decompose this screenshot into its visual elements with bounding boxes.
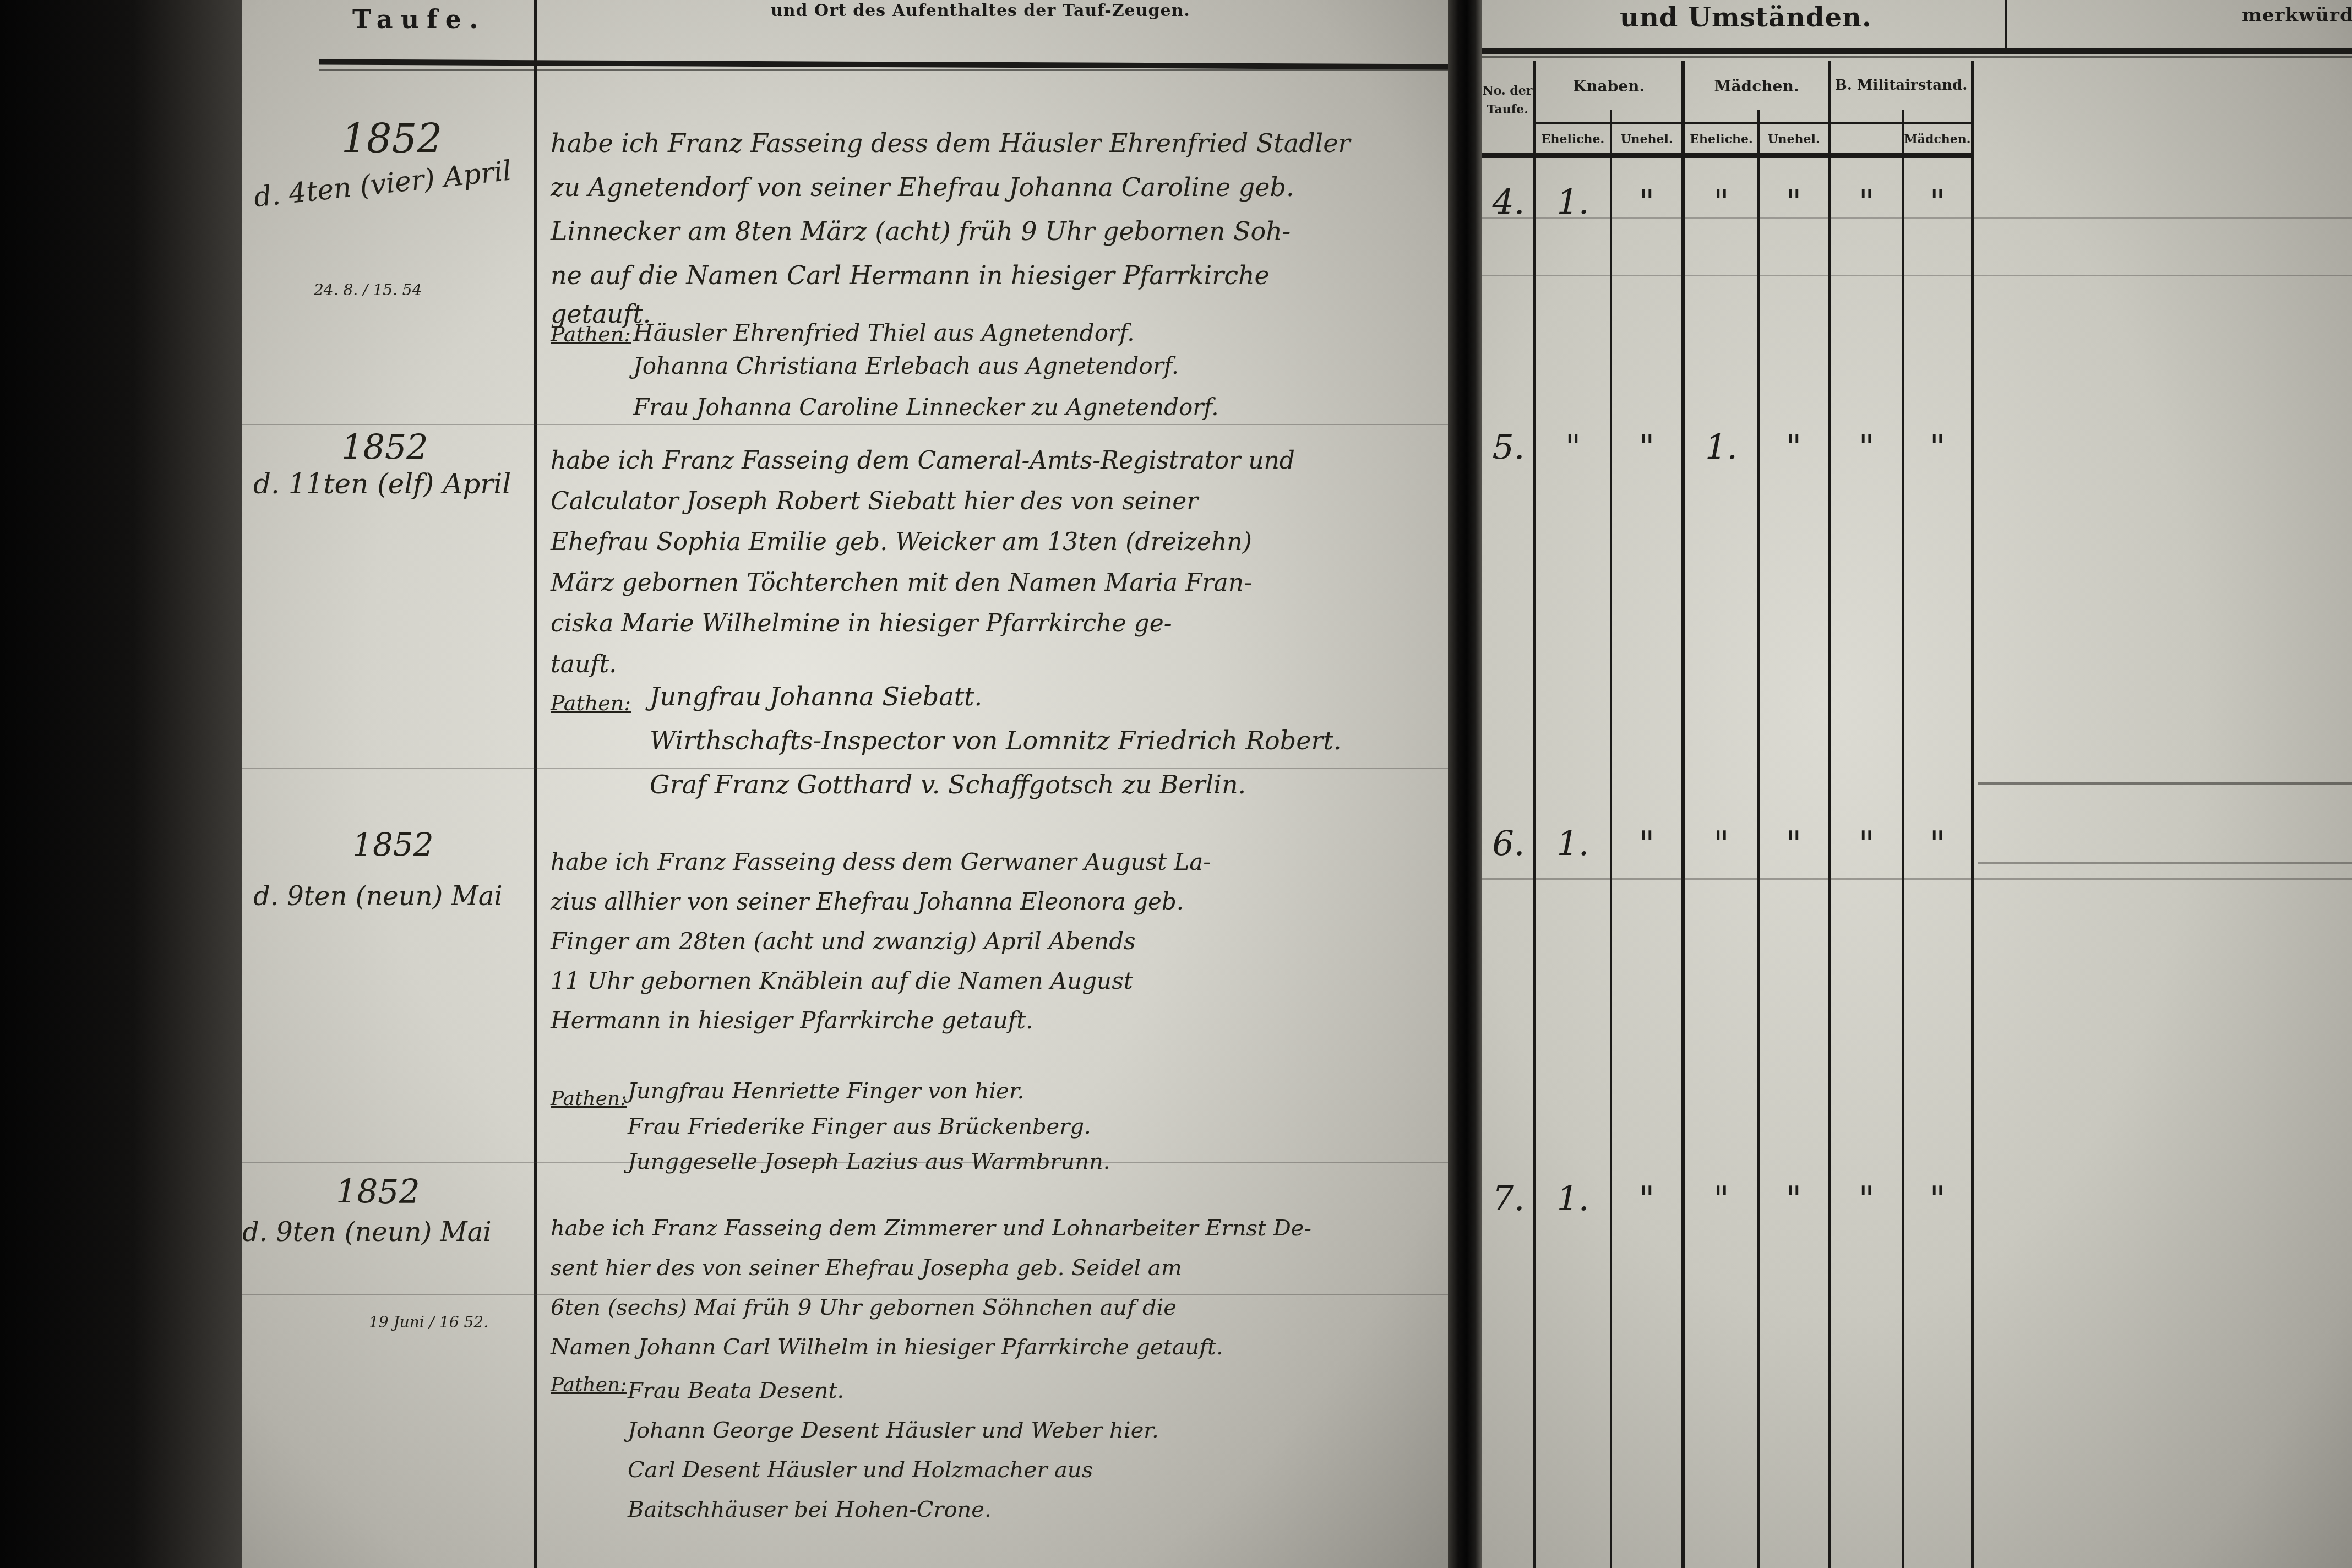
- subheader-rule: [1536, 122, 1971, 124]
- sponsor: Häusler Ehrenfried Thiel aus Agnetendorf…: [633, 317, 1219, 350]
- table-col-line: [1828, 61, 1831, 1568]
- sponsor: Wirthschafts-Inspector von Lomnitz Fried…: [650, 718, 1342, 763]
- header-taufe: Taufe.: [352, 4, 486, 34]
- sponsor: Junggeselle Joseph Lazius aus Warmbrunn.: [628, 1144, 1110, 1179]
- record-line: Hermann in hiesiger Pfarrkirche getauft.: [551, 1001, 1211, 1041]
- col-group-militair: B. Militairstand.: [1831, 77, 1971, 94]
- record-line: 11 Uhr gebornen Knäblein auf die Namen A…: [551, 961, 1211, 1001]
- cell-maedchen-ehel: ": [1685, 823, 1757, 863]
- header-double-rule: [319, 59, 1448, 70]
- margin-note: 19 Juni / 16 52.: [369, 1313, 488, 1331]
- record-line: habe ich Franz Fasseing dem Zimmerer und…: [551, 1208, 1311, 1248]
- cell-mil-knaben: ": [1831, 1178, 1902, 1218]
- cell-knaben-unehel: ": [1612, 1178, 1681, 1218]
- record-line: Linnecker am 8ten März (acht) früh 9 Uhr…: [551, 209, 1351, 253]
- header-divider: [2005, 0, 2007, 50]
- cell-mil-knaben: ": [1831, 427, 1902, 467]
- ruled-stroke: [1482, 217, 2352, 219]
- cell-knaben-ehel: ": [1536, 427, 1610, 467]
- record-line: ciska Marie Wilhelmine in hiesiger Pfarr…: [551, 603, 1295, 644]
- subcol-mil-maedchen: Mädchen.: [1904, 132, 1971, 146]
- row-no: 7.: [1487, 1178, 1531, 1218]
- entry-date: d. 4ten (vier) April: [252, 155, 513, 214]
- cell-mil-knaben: ": [1831, 182, 1902, 222]
- record-line: habe ich Franz Fasseing dess dem Häusler…: [551, 121, 1351, 165]
- sponsor-list: Frau Beata Desent. Johann George Desent …: [628, 1371, 1159, 1529]
- sponsor: Graf Franz Gotthard v. Schaffgotsch zu B…: [650, 763, 1342, 807]
- cell-maedchen-unehel: ": [1760, 427, 1828, 467]
- cell-maedchen-unehel: ": [1760, 823, 1828, 863]
- cell-maedchen-ehel: ": [1685, 1178, 1757, 1218]
- entry-record: habe ich Franz Fasseing dess dem Gerwane…: [551, 842, 1211, 1041]
- sponsors-label: Pathen:: [551, 322, 631, 346]
- header-far-right: merkwürdig.: [2242, 4, 2352, 26]
- sponsor: Carl Desent Häusler und Holzmacher aus: [628, 1450, 1159, 1490]
- cell-knaben-ehel: 1.: [1536, 182, 1610, 222]
- entry-date: d. 9ten (neun) Mai: [242, 1217, 492, 1248]
- record-line: März gebornen Töchterchen mit den Namen …: [551, 563, 1295, 603]
- cell-knaben-unehel: ": [1612, 182, 1681, 222]
- right-page: und Umständen. merkwürdig. No. der Taufe…: [1482, 0, 2352, 1568]
- ruled-stroke: [1482, 878, 2352, 880]
- book-spine: [1448, 0, 1482, 1568]
- entry-year: 1852: [341, 116, 442, 162]
- col-group-maedchen: Mädchen.: [1685, 77, 1828, 95]
- sponsor: Jungfrau Henriette Finger von hier.: [628, 1074, 1110, 1109]
- margin-note: 24. 8. / 15. 54: [314, 281, 422, 299]
- entry-record: habe ich Franz Fasseing dem Zimmerer und…: [551, 1208, 1311, 1367]
- record-line: Finger am 28ten (acht und zwanzig) April…: [551, 922, 1211, 961]
- subcol-eheliche: Eheliche.: [1685, 132, 1757, 146]
- cell-knaben-unehel: ": [1612, 823, 1681, 863]
- cell-mil-knaben: ": [1831, 823, 1902, 863]
- column-divider: [534, 0, 537, 1568]
- record-line: Ehefrau Sophia Emilie geb. Weicker am 13…: [551, 522, 1295, 563]
- subcol-eheliche: Eheliche.: [1536, 132, 1610, 146]
- entry-record: habe ich Franz Fasseing dem Cameral-Amts…: [551, 440, 1295, 685]
- left-page: Taufe. und Ort des Aufenthaltes der Tauf…: [242, 0, 1448, 1568]
- entry-date: d. 11ten (elf) April: [253, 468, 511, 500]
- header-rule-thin: [319, 69, 1448, 71]
- header-parents-column: und Ort des Aufenthaltes der Tauf-Zeugen…: [771, 1, 1190, 20]
- record-line: zu Agnetendorf von seiner Ehefrau Johann…: [551, 165, 1351, 209]
- table-col-line: [1681, 61, 1685, 1568]
- row-no: 4.: [1487, 182, 1531, 222]
- ruled-stroke: [1978, 782, 2352, 785]
- record-line: 6ten (sechs) Mai früh 9 Uhr gebornen Söh…: [551, 1288, 1311, 1327]
- cell-mil-maedchen: ": [1904, 1178, 1971, 1218]
- entry-year: 1852: [336, 1173, 420, 1211]
- record-line: Namen Johann Carl Wilhelm in hiesiger Pf…: [551, 1327, 1311, 1367]
- subcol-unehel: Unehel.: [1612, 132, 1681, 146]
- sponsor: Jungfrau Johanna Siebatt.: [650, 674, 1342, 718]
- ruled-stroke: [1482, 275, 2352, 276]
- cell-knaben-ehel: 1.: [1536, 823, 1610, 863]
- sponsor: Frau Johanna Caroline Linnecker zu Agnet…: [633, 383, 1219, 432]
- sponsors-label: Pathen:: [551, 1087, 627, 1110]
- table-col-line: [1971, 61, 1974, 1568]
- row-no: 6.: [1487, 823, 1531, 863]
- sponsor-list: Jungfrau Johanna Siebatt. Wirthschafts-I…: [650, 674, 1342, 807]
- sponsor-list: Jungfrau Henriette Finger von hier. Frau…: [628, 1074, 1110, 1179]
- entry-record: habe ich Franz Fasseing dess dem Häusler…: [551, 121, 1351, 330]
- record-line: zius allhier von seiner Ehefrau Johanna …: [551, 882, 1211, 922]
- cell-mil-maedchen: ": [1904, 182, 1971, 222]
- entry-year: 1852: [352, 826, 434, 863]
- cell-mil-maedchen: ": [1904, 427, 1971, 467]
- cell-maedchen-ehel: ": [1685, 182, 1757, 222]
- entry-date: d. 9ten (neun) Mai: [253, 881, 503, 912]
- sponsor: Frau Beata Desent.: [628, 1371, 1159, 1411]
- record-line: habe ich Franz Fasseing dem Cameral-Amts…: [551, 440, 1295, 481]
- sponsor: Frau Friederike Finger aus Brückenberg.: [628, 1109, 1110, 1144]
- entry-year: 1852: [341, 427, 428, 467]
- header-rule: [1482, 48, 2352, 54]
- cell-maedchen-unehel: ": [1760, 182, 1828, 222]
- table-header-bottom-rule: [1482, 153, 1974, 158]
- book-edge-left: [0, 0, 242, 1568]
- sponsors-label: Pathen:: [551, 1374, 627, 1396]
- row-no: 5.: [1487, 427, 1531, 467]
- cell-maedchen-unehel: ": [1760, 1178, 1828, 1218]
- cell-knaben-ehel: 1.: [1536, 1178, 1610, 1218]
- cell-mil-maedchen: ": [1904, 823, 1971, 863]
- header-rule-thin: [1482, 56, 2352, 58]
- cell-knaben-unehel: ": [1612, 427, 1681, 467]
- cell-maedchen-ehel: 1.: [1685, 427, 1757, 467]
- sponsor-list: Häusler Ehrenfried Thiel aus Agnetendorf…: [633, 317, 1219, 432]
- sponsor: Johanna Christiana Erlebach aus Agnetend…: [633, 350, 1219, 383]
- record-line: habe ich Franz Fasseing dess dem Gerwane…: [551, 842, 1211, 882]
- header-title-fragment: und Umständen.: [1620, 2, 1872, 33]
- sponsor: Baitschhäuser bei Hohen-Crone.: [628, 1490, 1159, 1529]
- record-line: ne auf die Namen Carl Hermann in hiesige…: [551, 253, 1351, 297]
- record-line: Calculator Joseph Robert Siebatt hier de…: [551, 481, 1295, 522]
- col-header-no: No. der Taufe.: [1482, 81, 1533, 119]
- table-col-line: [1533, 61, 1536, 1568]
- col-group-knaben: Knaben.: [1536, 77, 1681, 95]
- record-line: sent hier des von seiner Ehefrau Josepha…: [551, 1248, 1311, 1288]
- subcol-unehel: Unehel.: [1760, 132, 1828, 146]
- ruled-stroke: [1978, 862, 2352, 864]
- sponsors-label: Pathen:: [551, 691, 631, 715]
- sponsor: Johann George Desent Häusler und Weber h…: [628, 1411, 1159, 1450]
